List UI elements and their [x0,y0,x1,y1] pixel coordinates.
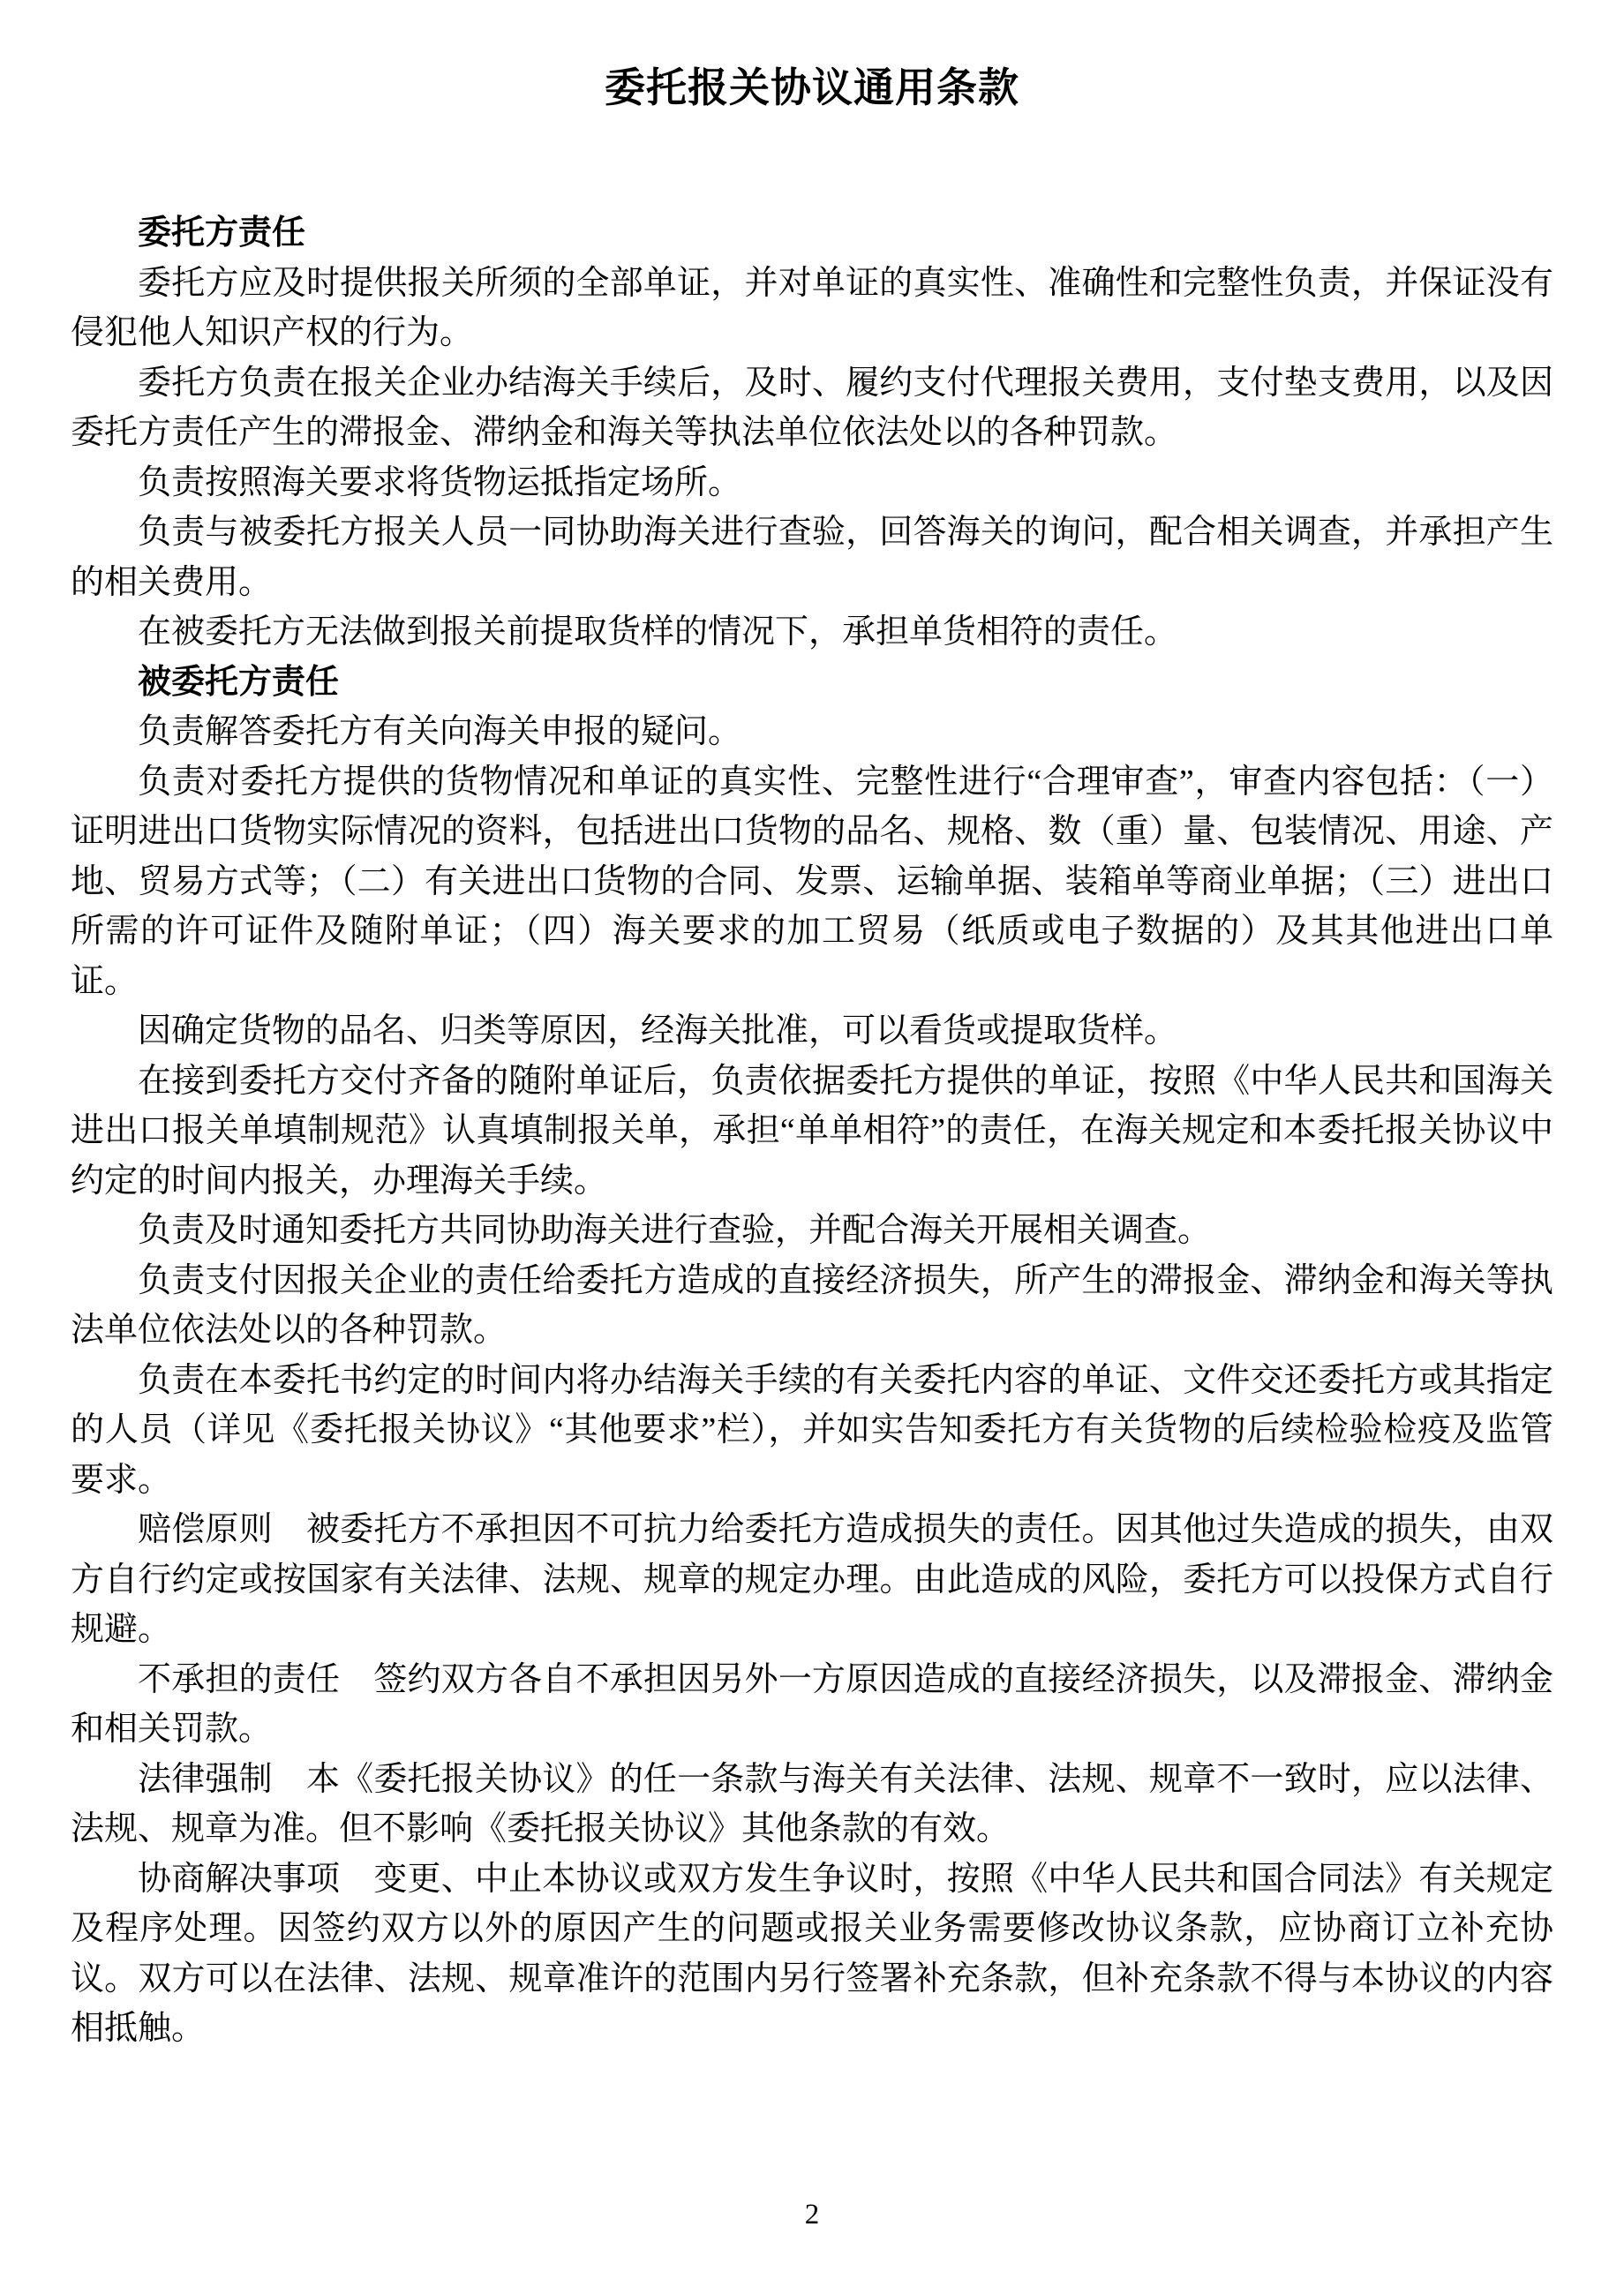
paragraph: 负责支付因报关企业的责任给委托方造成的直接经济损失，所产生的滞报金、滞纳金和海关… [71,1256,1553,1356]
document-page: 委托报关协议通用条款 委托方责任 委托方应及时提供报关所须的全部单证，并对单证的… [0,0,1624,2287]
section-heading-consignor-responsibility: 委托方责任 [71,208,1553,259]
page-footer: 2 [0,2197,1624,2232]
paragraph: 负责及时通知委托方共同协助海关进行查验，并配合海关开展相关调查。 [71,1206,1553,1256]
paragraph-compensation-principle: 赔偿原则 被委托方不承担因不可抗力给委托方造成损失的责任。因其他过失造成的损失，… [71,1505,1553,1655]
paragraph-liability-exclusion: 不承担的责任 签约双方各自不承担因另外一方原因造成的直接经济损失，以及滞报金、滞… [71,1655,1553,1755]
section-heading-consignee-responsibility: 被委托方责任 [71,658,1553,708]
paragraph: 负责在本委托书约定的时间内将办结海关手续的有关委托内容的单证、文件交还委托方或其… [71,1356,1553,1506]
paragraph: 负责按照海关要求将货物运抵指定场所。 [71,458,1553,508]
paragraph: 负责与被委托方报关人员一同协助海关进行查验，回答海关的询问，配合相关调查，并承担… [71,508,1553,607]
paragraph-legal-enforcement: 法律强制 本《委托报关协议》的任一条款与海关有关法律、法规、规章不一致时，应以法… [71,1755,1553,1854]
paragraph: 负责解答委托方有关向海关申报的疑问。 [71,707,1553,757]
paragraph: 在接到委托方交付齐备的随附单证后，负责依据委托方提供的单证，按照《中华人民共和国… [71,1057,1553,1207]
paragraph: 负责对委托方提供的货物情况和单证的真实性、完整性进行“合理审查”，审查内容包括：… [71,757,1553,1007]
paragraph: 委托方负责在报关企业办结海关手续后，及时、履约支付代理报关费用，支付垫支费用，以… [71,358,1553,458]
paragraph: 在被委托方无法做到报关前提取货样的情况下，承担单货相符的责任。 [71,607,1553,658]
document-title: 委托报关协议通用条款 [0,0,1624,111]
paragraph: 委托方应及时提供报关所须的全部单证，并对单证的真实性、准确性和完整性负责，并保证… [71,259,1553,358]
page-number: 2 [805,2199,820,2231]
paragraph: 因确定货物的品名、归类等原因，经海关批准，可以看货或提取货样。 [71,1006,1553,1057]
document-body: 委托方责任 委托方应及时提供报关所须的全部单证，并对单证的真实性、准确性和完整性… [71,208,1553,2054]
paragraph-dispute-resolution: 协商解决事项 变更、中止本协议或双方发生争议时，按照《中华人民共和国合同法》有关… [71,1854,1553,2054]
